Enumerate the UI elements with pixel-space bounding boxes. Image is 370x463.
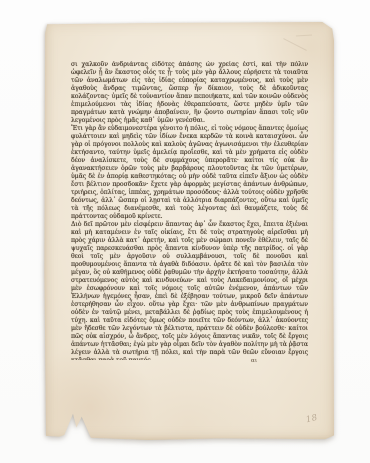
greek-text-block: σι χαλκοῦν ἀνδριάντας εἰδότες ἁπάσης ὧν … bbox=[71, 61, 308, 360]
corner-crease-line bbox=[283, 38, 307, 51]
photo-backdrop: σι χαλκοῦν ἀνδριάντας εἰδότες ἁπάσης ὧν … bbox=[0, 0, 370, 463]
book-leaf: σι χαλκοῦν ἀνδριάντας εἰδότες ἁπάσης ὧν … bbox=[44, 22, 334, 440]
pencil-annotation: 18 bbox=[305, 413, 319, 426]
greek-paragraph-2: Ἔτι γὰρ ἂν εὐδαιμονεστέρα γένοιτο ἡ πόλι… bbox=[71, 125, 308, 221]
greek-paragraph-1: σι χαλκοῦν ἀνδριάντας εἰδότες ἁπάσης ὧν … bbox=[71, 61, 308, 125]
signature-mark: αι bbox=[244, 358, 264, 365]
greek-paragraph-3: Διὸ δεῖ πρῶτον μὲν εἰσφέρειν ἅπαντας ἀφ᾽… bbox=[71, 221, 308, 360]
book-leaf-wrapper: σι χαλκοῦν ἀνδριάντας εἰδότες ἁπάσης ὧν … bbox=[44, 22, 334, 440]
corner-crease-line-2 bbox=[296, 34, 312, 36]
